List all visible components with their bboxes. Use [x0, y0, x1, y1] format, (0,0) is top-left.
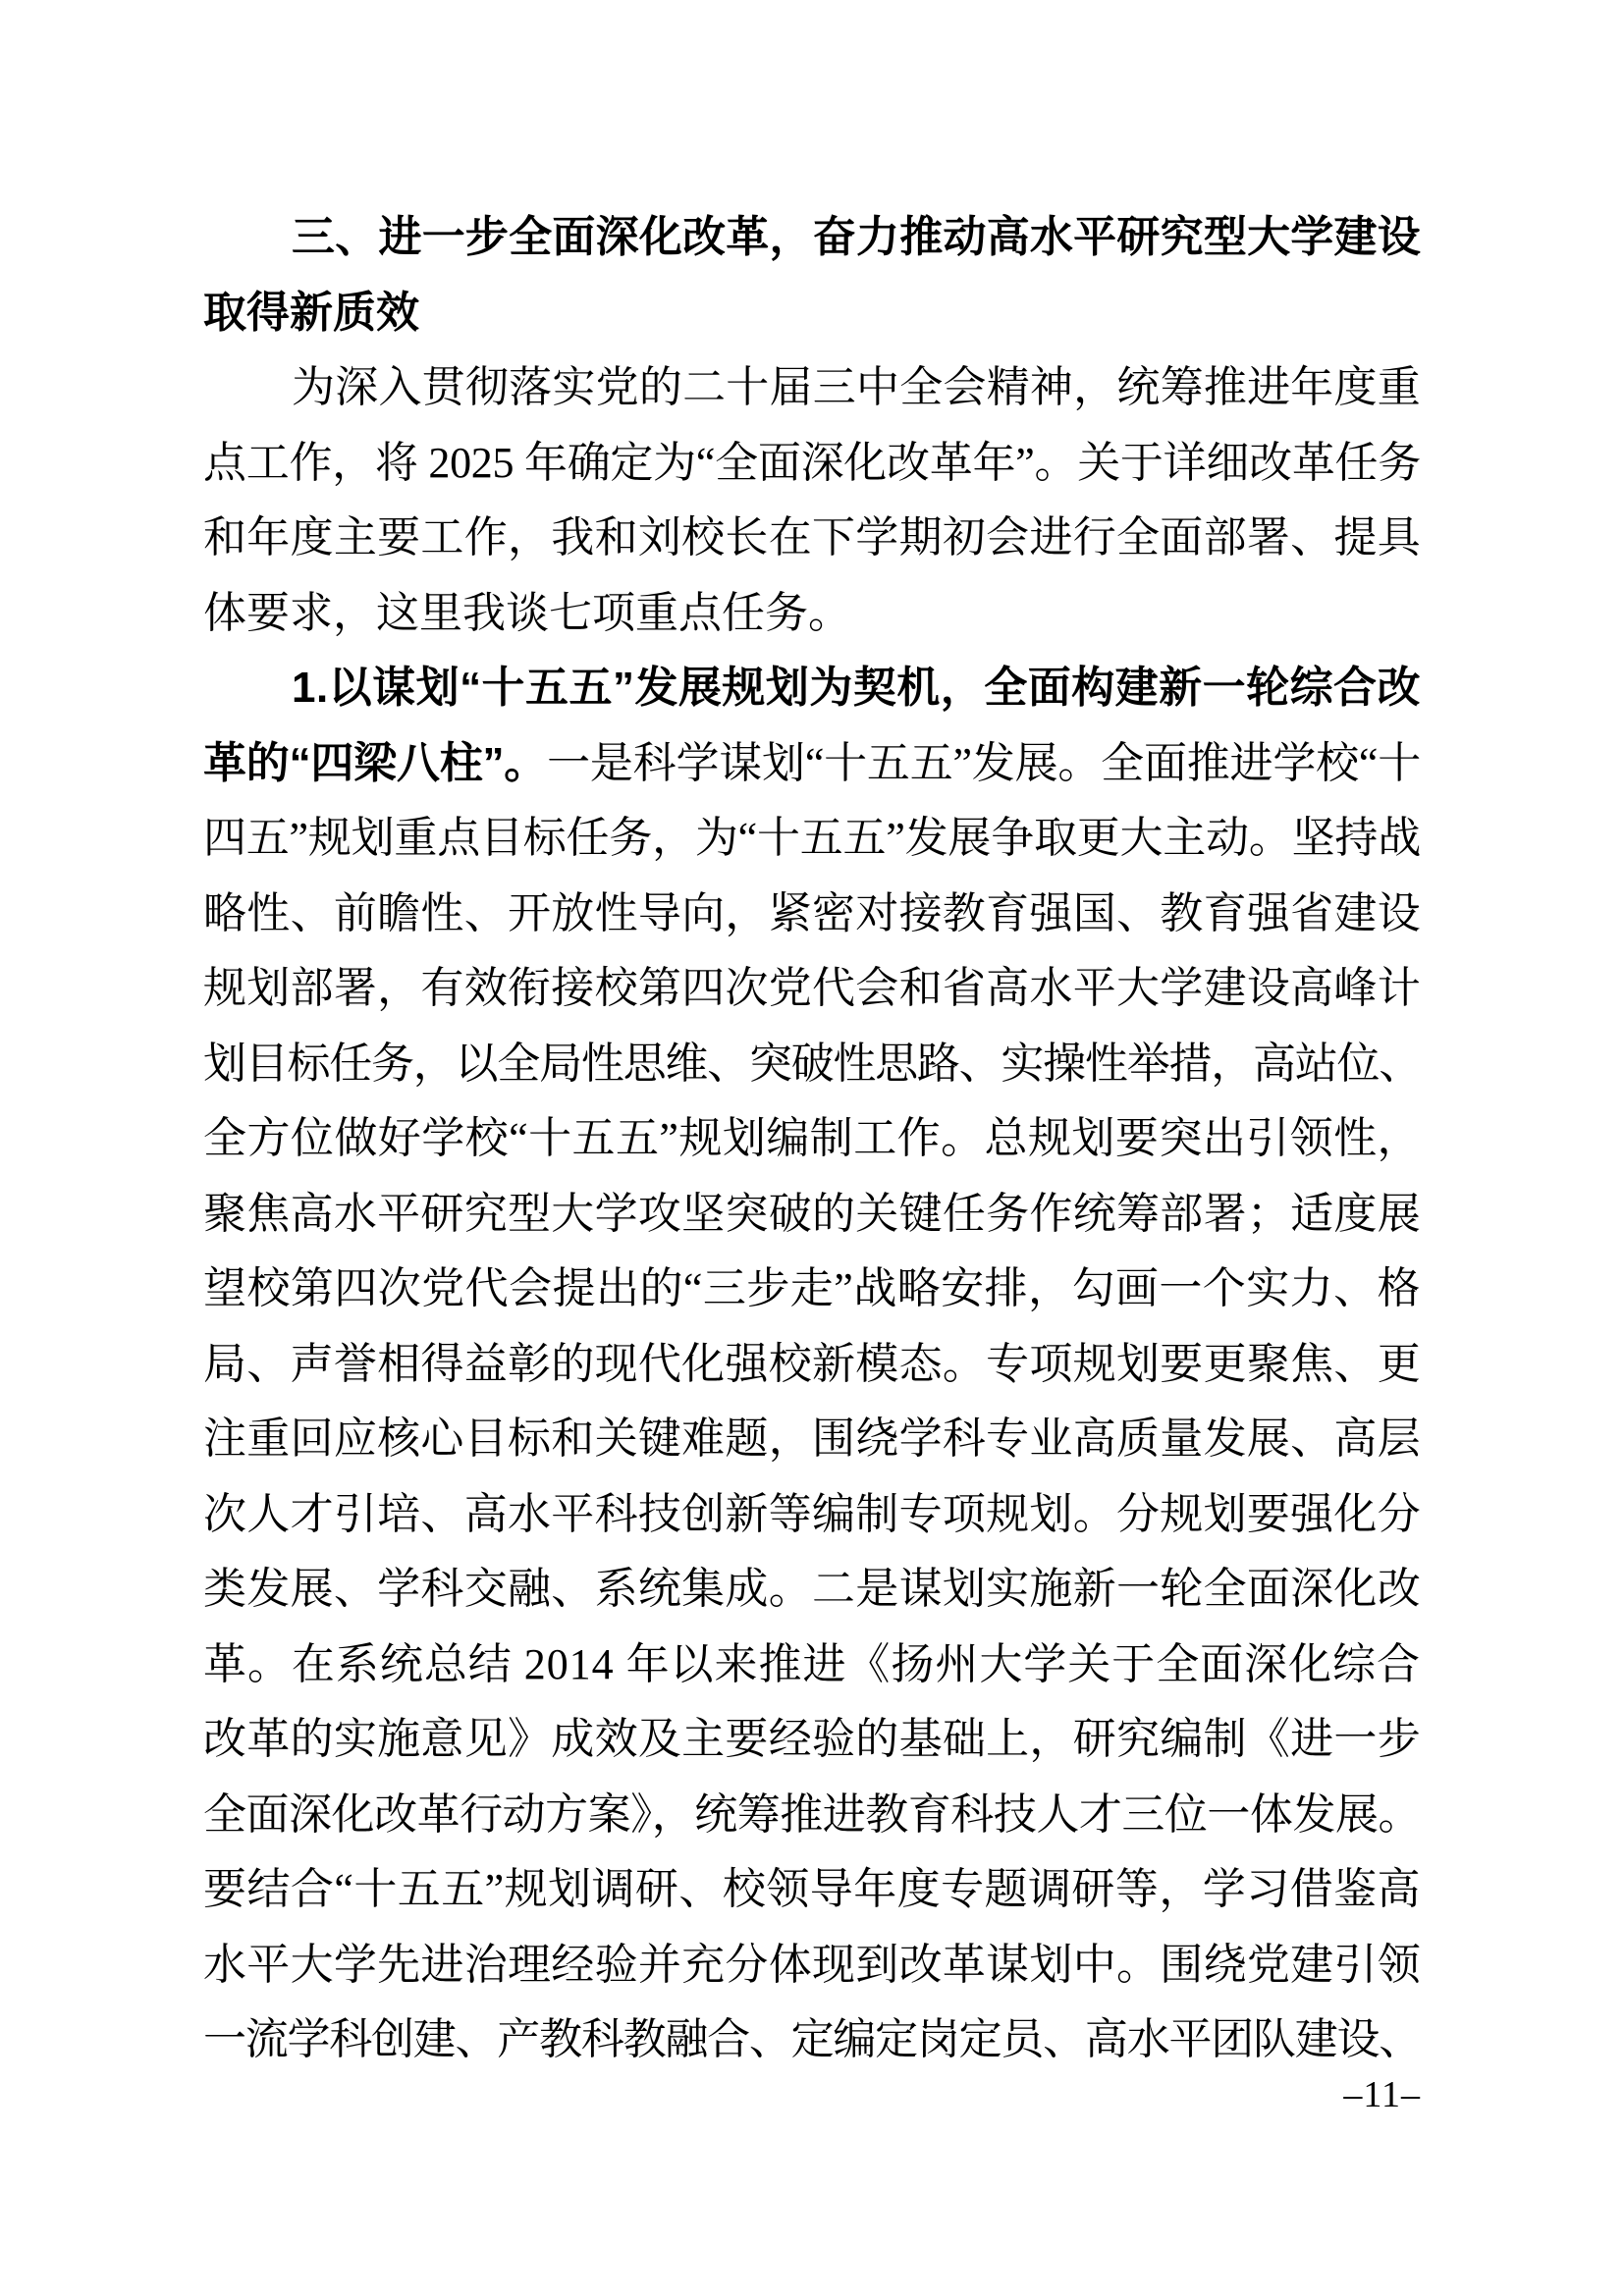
- emphasis-text: 取得新质效: [203, 289, 419, 337]
- body-line: 四五”规划重点目标任务，为“十五五”发展争取更大主动。坚持战: [203, 801, 1421, 877]
- body-line: 要结合“十五五”规划调研、校领导年度专题调研等，学习借鉴高: [203, 1852, 1421, 1928]
- body-line: 1.以谋划“十五五”发展规划为契机，全面构建新一轮综合改: [203, 651, 1421, 726]
- body-line: 革。在系统总结 2014 年以来推进《扬州大学关于全面深化综合: [203, 1628, 1421, 1703]
- body-line: 水平大学先进治理经验并充分体现到改革谋划中。围绕党建引领: [203, 1928, 1421, 2003]
- body-text: 为深入贯彻落实党的二十届三中全会精神，统筹推进年度重: [292, 363, 1421, 411]
- body-line: 体要求，这里我谈七项重点任务。: [203, 576, 1421, 652]
- body-line: 类发展、学科交融、系统集成。二是谋划实施新一轮全面深化改: [203, 1552, 1421, 1628]
- text-block: 三、进一步全面深化改革，奋力推动高水平研究型大学建设取得新质效为深入贯彻落实党的…: [203, 200, 1421, 2078]
- document-page: 三、进一步全面深化改革，奋力推动高水平研究型大学建设取得新质效为深入贯彻落实党的…: [0, 0, 1624, 2296]
- emphasis-text: 三、进一步全面深化改革，奋力推动高水平研究型大学建设: [292, 213, 1421, 261]
- body-text: 水平大学先进治理经验并充分体现到改革谋划中。围绕党建引领: [203, 1941, 1421, 1989]
- body-text: 点工作，将 2025 年确定为“全面深化改革年”。关于详细改革任务: [203, 439, 1421, 487]
- body-line: 规划部署，有效衔接校第四次党代会和省高水平大学建设高峰计: [203, 951, 1421, 1027]
- body-line: 和年度主要工作，我和刘校长在下学期初会进行全面部署、提具: [203, 501, 1421, 576]
- body-line: 望校第四次党代会提出的“三步走”战略安排，勾画一个实力、格: [203, 1252, 1421, 1327]
- body-text: 次人才引培、高水平科技创新等编制专项规划。分规划要强化分: [203, 1490, 1421, 1538]
- body-text: 全方位做好学校“十五五”规划编制工作。总规划要突出引领性，: [203, 1114, 1421, 1162]
- body-line: 略性、前瞻性、开放性导向，紧密对接教育强国、教育强省建设: [203, 877, 1421, 952]
- body-text: 略性、前瞻性、开放性导向，紧密对接教育强国、教育强省建设: [203, 889, 1421, 937]
- body-text: 和年度主要工作，我和刘校长在下学期初会进行全面部署、提具: [203, 513, 1421, 561]
- body-text: 聚焦高水平研究型大学攻坚突破的关键任务作统筹部署；适度展: [203, 1190, 1421, 1238]
- body-line: 改革的实施意见》成效及主要经验的基础上，研究编制《进一步: [203, 1702, 1421, 1778]
- heading-line: 三、进一步全面深化改革，奋力推动高水平研究型大学建设: [203, 200, 1421, 276]
- body-text: 全面深化改革行动方案》，统筹推进教育科技人才三位一体发展。: [203, 1790, 1421, 1839]
- page-number: –11–: [1343, 2073, 1421, 2116]
- body-line: 全面深化改革行动方案》，统筹推进教育科技人才三位一体发展。: [203, 1778, 1421, 1853]
- body-line: 为深入贯彻落实党的二十届三中全会精神，统筹推进年度重: [203, 350, 1421, 426]
- body-text: 改革的实施意见》成效及主要经验的基础上，研究编制《进一步: [203, 1715, 1421, 1763]
- heading-line: 取得新质效: [203, 276, 1421, 351]
- body-line: 注重回应核心目标和关键难题，围绕学科专业高质量发展、高层: [203, 1402, 1421, 1477]
- body-line: 划目标任务，以全局性思维、突破性思路、实操性举措，高站位、: [203, 1027, 1421, 1102]
- body-text: 划目标任务，以全局性思维、突破性思路、实操性举措，高站位、: [203, 1040, 1421, 1088]
- body-line: 次人才引培、高水平科技创新等编制专项规划。分规划要强化分: [203, 1477, 1421, 1553]
- body-text: 体要求，这里我谈七项重点任务。: [203, 589, 851, 637]
- body-text: 一流学科创建、产教科教融合、定编定岗定员、高水平团队建设、: [203, 2015, 1421, 2063]
- body-text: 规划部署，有效衔接校第四次党代会和省高水平大学建设高峰计: [203, 964, 1421, 1012]
- body-text: 望校第四次党代会提出的“三步走”战略安排，勾画一个实力、格: [203, 1264, 1421, 1312]
- emphasis-text: 1.以谋划“十五五”发展规划为契机，全面构建新一轮综合改: [292, 664, 1421, 712]
- body-text: 类发展、学科交融、系统集成。二是谋划实施新一轮全面深化改: [203, 1565, 1421, 1613]
- body-line: 局、声誉相得益彰的现代化强校新模态。专项规划要更聚焦、更: [203, 1327, 1421, 1403]
- body-text: 革。在系统总结 2014 年以来推进《扬州大学关于全面深化综合: [203, 1640, 1421, 1688]
- body-line: 聚焦高水平研究型大学攻坚突破的关键任务作统筹部署；适度展: [203, 1177, 1421, 1253]
- body-line: 全方位做好学校“十五五”规划编制工作。总规划要突出引领性，: [203, 1101, 1421, 1177]
- body-line: 革的“四梁八柱”。一是科学谋划“十五五”发展。全面推进学校“十: [203, 726, 1421, 802]
- body-line: 点工作，将 2025 年确定为“全面深化改革年”。关于详细改革任务: [203, 426, 1421, 502]
- emphasis-text: 革的“四梁八柱”。: [203, 739, 547, 787]
- body-text: 一是科学谋划“十五五”发展。全面推进学校“十: [547, 739, 1421, 787]
- body-line: 一流学科创建、产教科教融合、定编定岗定员、高水平团队建设、: [203, 2002, 1421, 2078]
- body-text: 四五”规划重点目标任务，为“十五五”发展争取更大主动。坚持战: [203, 814, 1421, 862]
- body-text: 局、声誉相得益彰的现代化强校新模态。专项规划要更聚焦、更: [203, 1340, 1421, 1388]
- body-text: 要结合“十五五”规划调研、校领导年度专题调研等，学习借鉴高: [203, 1865, 1421, 1913]
- body-text: 注重回应核心目标和关键难题，围绕学科专业高质量发展、高层: [203, 1415, 1421, 1463]
